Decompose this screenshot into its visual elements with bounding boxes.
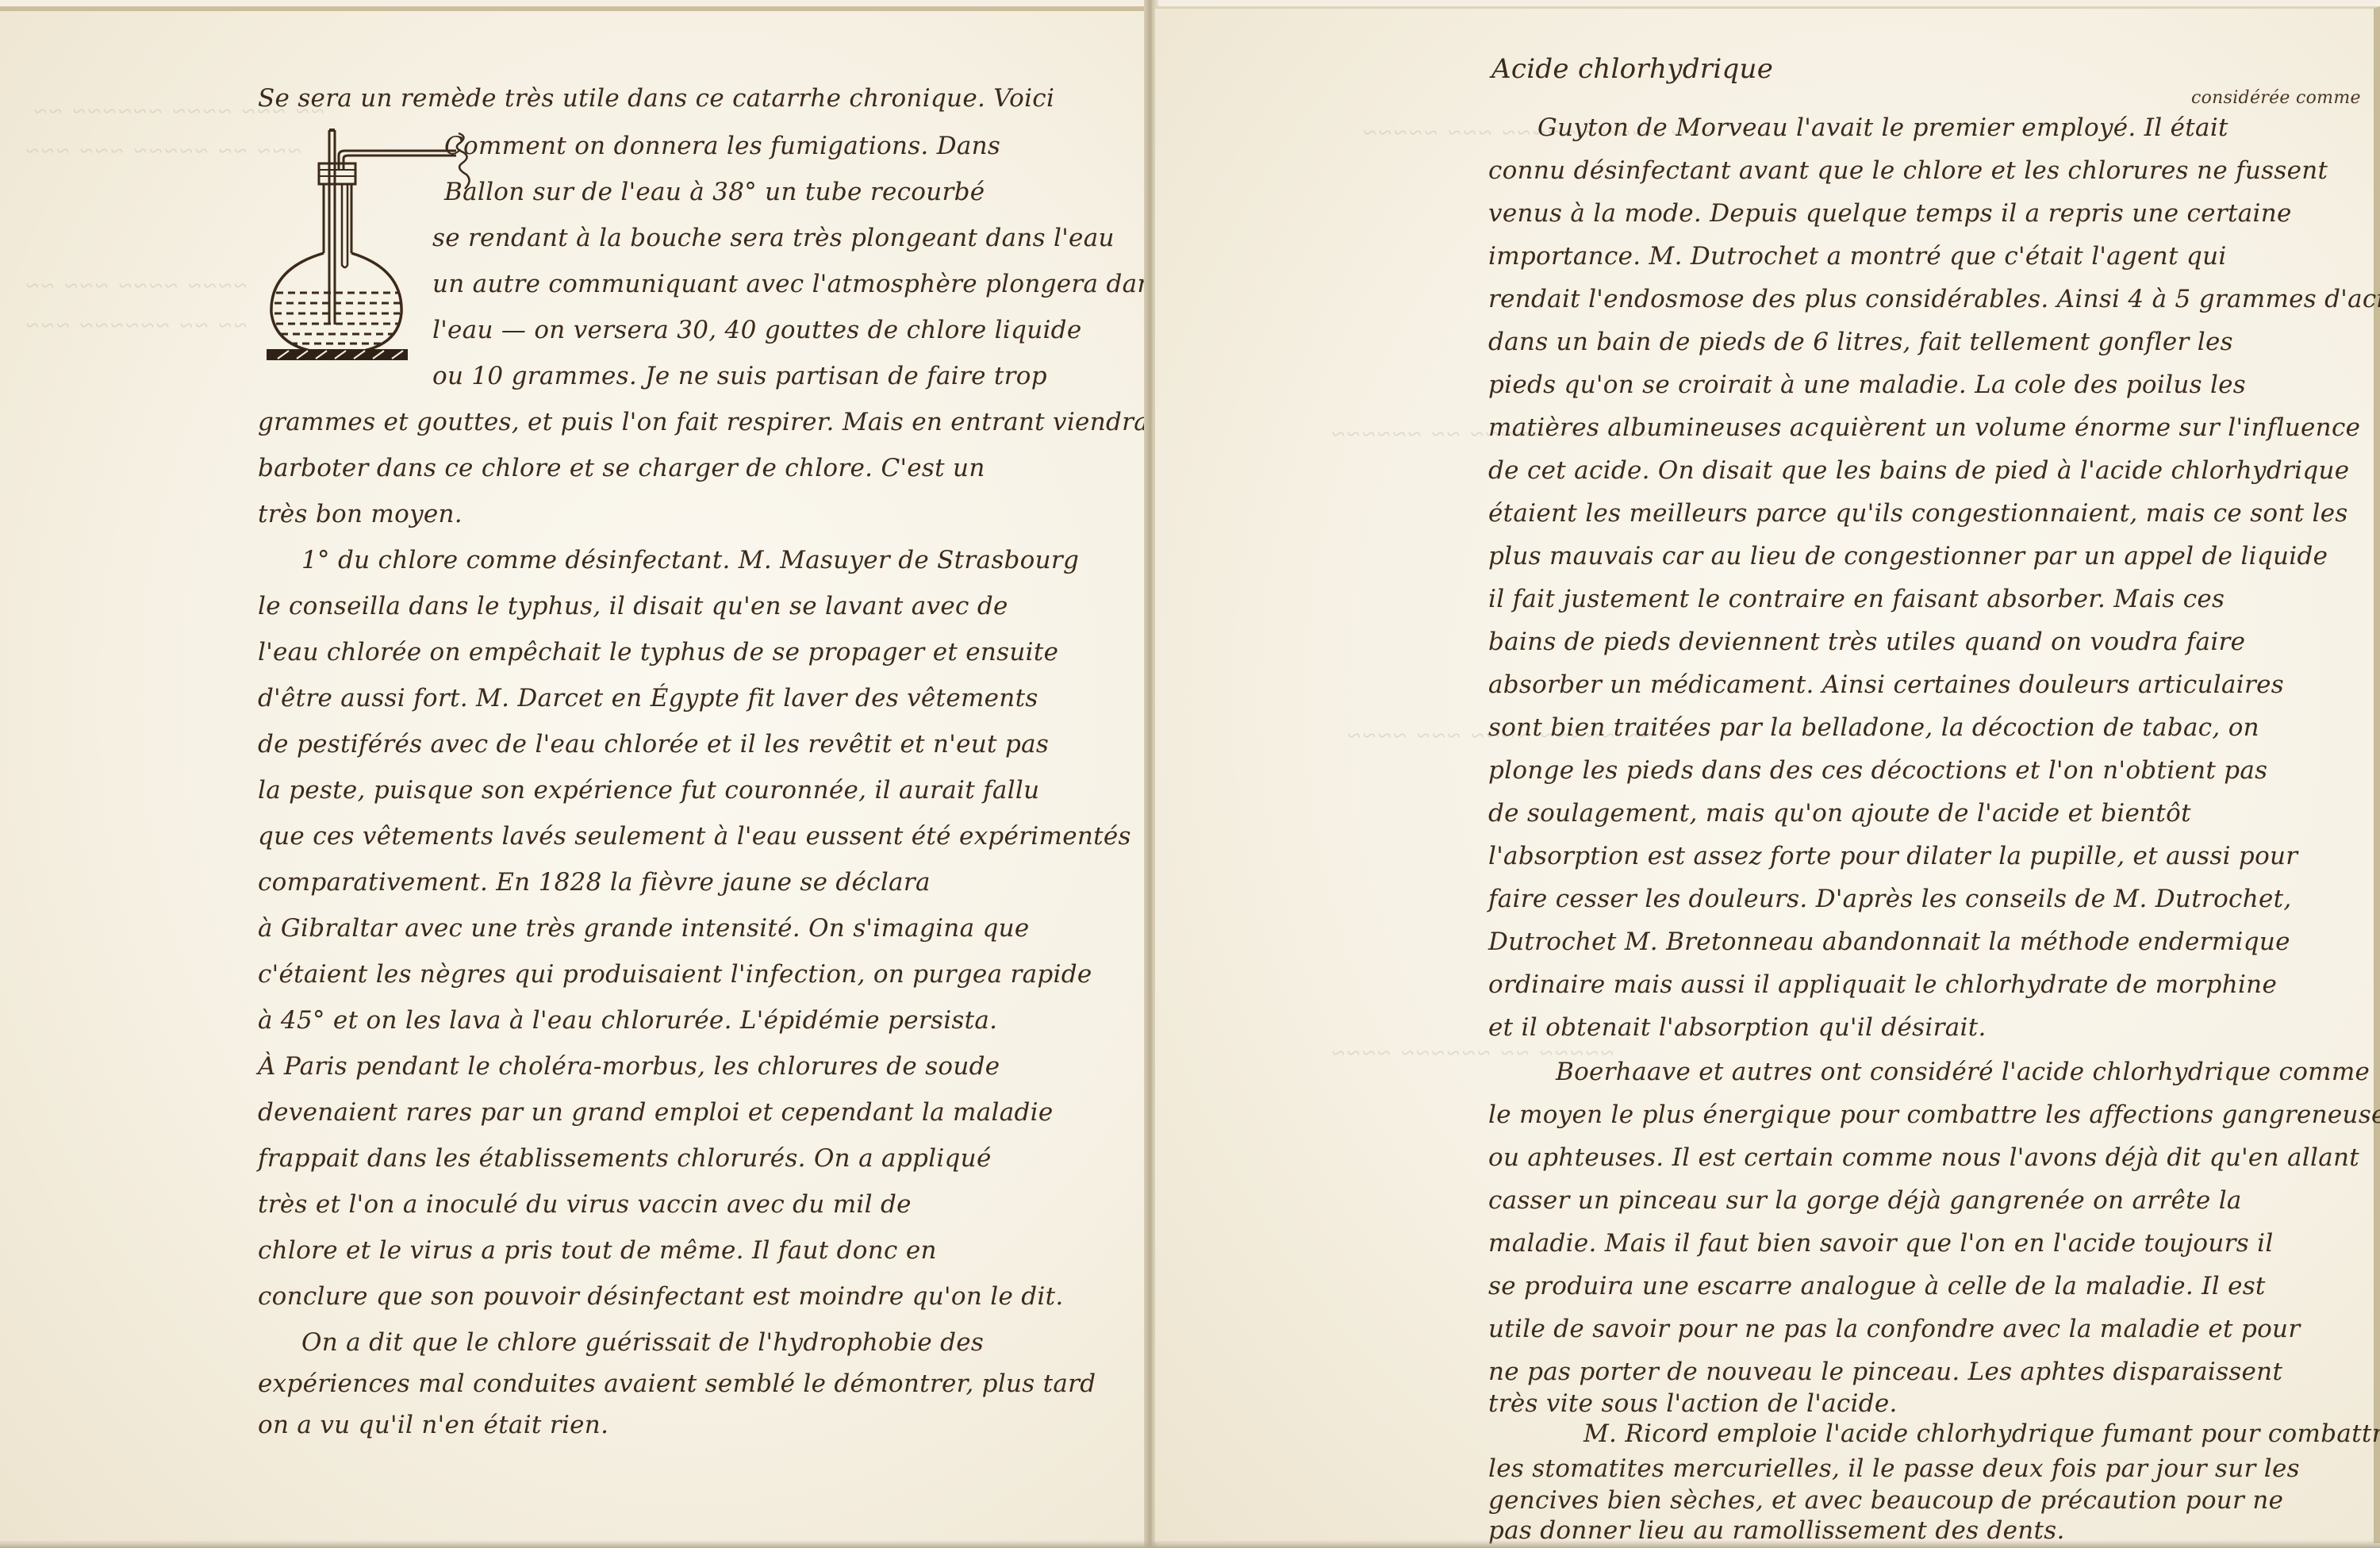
manuscript-line: que ces vêtements lavés seulement à l'ea… (258, 822, 1131, 851)
manuscript-line: bains de pieds deviennent très utiles qu… (1488, 628, 2245, 656)
manuscript-line: maladie. Mais il faut bien savoir que l'… (1488, 1229, 2274, 1258)
manuscript-line: plonge les pieds dans des ces décoctions… (1488, 756, 2267, 785)
manuscript-line: Ballon sur de l'eau à 38° un tube recour… (444, 178, 985, 206)
section-heading: Acide chlorhydrique (1491, 53, 1773, 85)
manuscript-line: faire cesser les douleurs. D'après les c… (1488, 885, 2292, 913)
manuscript-line: On a dit que le chlore guérissait de l'h… (301, 1328, 984, 1357)
right-page: ~~~ ~~~~ ~~~~~~ ~~~ ~~~~~ ~~~~ ~~~ ~~~~~… (1155, 6, 2380, 1543)
manuscript-line: de soulagement, mais qu'on ajoute de l'a… (1488, 799, 2191, 828)
manuscript-line: très bon moyen. (258, 500, 463, 528)
manuscript-line: matières albumineuses acquièrent un volu… (1488, 413, 2360, 442)
manuscript-line: plus mauvais car au lieu de congestionne… (1488, 542, 2328, 570)
manuscript-line: l'eau chlorée on empêchait le typhus de … (258, 638, 1058, 666)
manuscript-line: de pestiférés avec de l'eau chlorée et i… (258, 730, 1049, 759)
manuscript-line: comparativement. En 1828 la fièvre jaune… (258, 868, 931, 897)
manuscript-line: à Gibraltar avec une très grande intensi… (258, 914, 1030, 943)
manuscript-line: Comment on donnera les fumigations. Dans (444, 132, 1000, 160)
manuscript-spread: ~~ ~~~ ~~~~ ~~~~~~ ~~ ~~~ ~~ ~~~~~ ~~~ ~… (0, 0, 2380, 1548)
manuscript-line: 1° du chlore comme désinfectant. M. Masu… (301, 546, 1079, 574)
manuscript-line: importance. M. Dutrochet a montré que c'… (1488, 242, 2227, 271)
manuscript-line: se rendant à la bouche sera très plongea… (432, 224, 1115, 252)
manuscript-line: conclure que son pouvoir désinfectant es… (258, 1282, 1064, 1311)
manuscript-line: à 45° et on les lava à l'eau chlorurée. … (258, 1006, 997, 1035)
manuscript-line: on a vu qu'il n'en était rien. (258, 1411, 608, 1439)
manuscript-line: barboter dans ce chlore et se charger de… (258, 454, 985, 482)
manuscript-line: frappait dans les établissements chlorur… (258, 1144, 992, 1173)
manuscript-line: expériences mal conduites avaient semblé… (258, 1369, 1096, 1398)
manuscript-line: il fait justement le contraire en faisan… (1488, 585, 2225, 613)
manuscript-line: pieds qu'on se croirait à une maladie. L… (1488, 371, 2246, 399)
manuscript-line: un autre communiquant avec l'atmosphère … (432, 270, 1166, 298)
manuscript-line: de cet acide. On disait que les bains de… (1488, 456, 2349, 485)
manuscript-line: À Paris pendant le choléra-morbus, les c… (258, 1052, 1000, 1081)
manuscript-line: le moyen le plus énergique pour combattr… (1488, 1101, 2380, 1129)
manuscript-line: Se sera un remède très utile dans ce cat… (258, 84, 1054, 113)
manuscript-line: sont bien traitées par la belladone, la … (1488, 713, 2259, 742)
bleed-through-text: ~~~~ ~~~~ ~~~ ~~ (24, 273, 248, 300)
manuscript-line: ou 10 grammes. Je ne suis partisan de fa… (432, 362, 1047, 390)
page-bottom-edge (0, 1540, 2380, 1548)
manuscript-line: étaient les meilleurs parce qu'ils conge… (1488, 499, 2348, 528)
manuscript-line: grammes et gouttes, et puis l'on fait re… (258, 408, 1149, 436)
manuscript-line: le conseilla dans le typhus, il disait q… (258, 592, 1008, 620)
manuscript-line: les stomatites mercurielles, il le passe… (1488, 1454, 2300, 1483)
manuscript-line: ordinaire mais aussi il appliquait le ch… (1488, 970, 2277, 999)
manuscript-line: d'être aussi fort. M. Darcet en Égypte f… (258, 684, 1038, 713)
manuscript-line: dans un bain de pieds de 6 litres, fait … (1488, 328, 2233, 356)
manuscript-line: et il obtenait l'absorption qu'il désira… (1488, 1013, 1987, 1042)
manuscript-line: absorber un médicament. Ainsi certaines … (1488, 670, 2284, 699)
manuscript-line: venus à la mode. Depuis quelque temps il… (1488, 199, 2292, 228)
manuscript-line: très vite sous l'action de l'acide. (1488, 1389, 1898, 1418)
manuscript-line: Dutrochet M. Bretonneau abandonnait la m… (1488, 928, 2290, 956)
manuscript-line: Guyton de Morveau l'avait le premier emp… (1537, 113, 2228, 142)
manuscript-line: rendait l'endosmose des plus considérabl… (1488, 285, 2380, 313)
manuscript-line: casser un pinceau sur la gorge déjà gang… (1488, 1186, 2242, 1215)
manuscript-line: devenaient rares par un grand emploi et … (258, 1098, 1054, 1127)
left-page: ~~ ~~~ ~~~~ ~~~~~~ ~~ ~~~ ~~ ~~~~~ ~~~ ~… (0, 6, 1147, 1543)
manuscript-line: ne pas porter de nouveau le pinceau. Les… (1488, 1358, 2282, 1386)
manuscript-line: se produira une escarre analogue à celle… (1488, 1272, 2266, 1300)
bleed-through-text: ~~~ ~~ ~~~~~ ~~~ ~~~ (24, 138, 301, 165)
manuscript-line: chlore et le virus a pris tout de même. … (258, 1236, 937, 1265)
manuscript-line: utile de savoir pour ne pas la confondre… (1488, 1315, 2300, 1343)
manuscript-line: très et l'on a inoculé du virus vaccin a… (258, 1190, 912, 1219)
margin-note: considérée comme (2191, 88, 2361, 108)
manuscript-line: Boerhaave et autres ont considéré l'acid… (1556, 1058, 2370, 1086)
manuscript-line: la peste, puisque son expérience fut cou… (258, 776, 1039, 805)
manuscript-line: gencives bien sèches, et avec beaucoup d… (1488, 1486, 2283, 1515)
bleed-through-text: ~~ ~~ ~~~~~~ ~~~ (24, 313, 248, 340)
manuscript-line: ou aphteuses. Il est certain comme nous … (1488, 1143, 2359, 1172)
manuscript-line: connu désinfectant avant que le chlore e… (1488, 156, 2328, 185)
manuscript-line: c'étaient les nègres qui produisaient l'… (258, 960, 1092, 989)
manuscript-line: l'eau — on versera 30, 40 gouttes de chl… (432, 316, 1081, 344)
manuscript-line: M. Ricord emploie l'acide chlorhydrique … (1583, 1419, 2380, 1448)
manuscript-line: l'absorption est assez forte pour dilate… (1488, 842, 2297, 870)
